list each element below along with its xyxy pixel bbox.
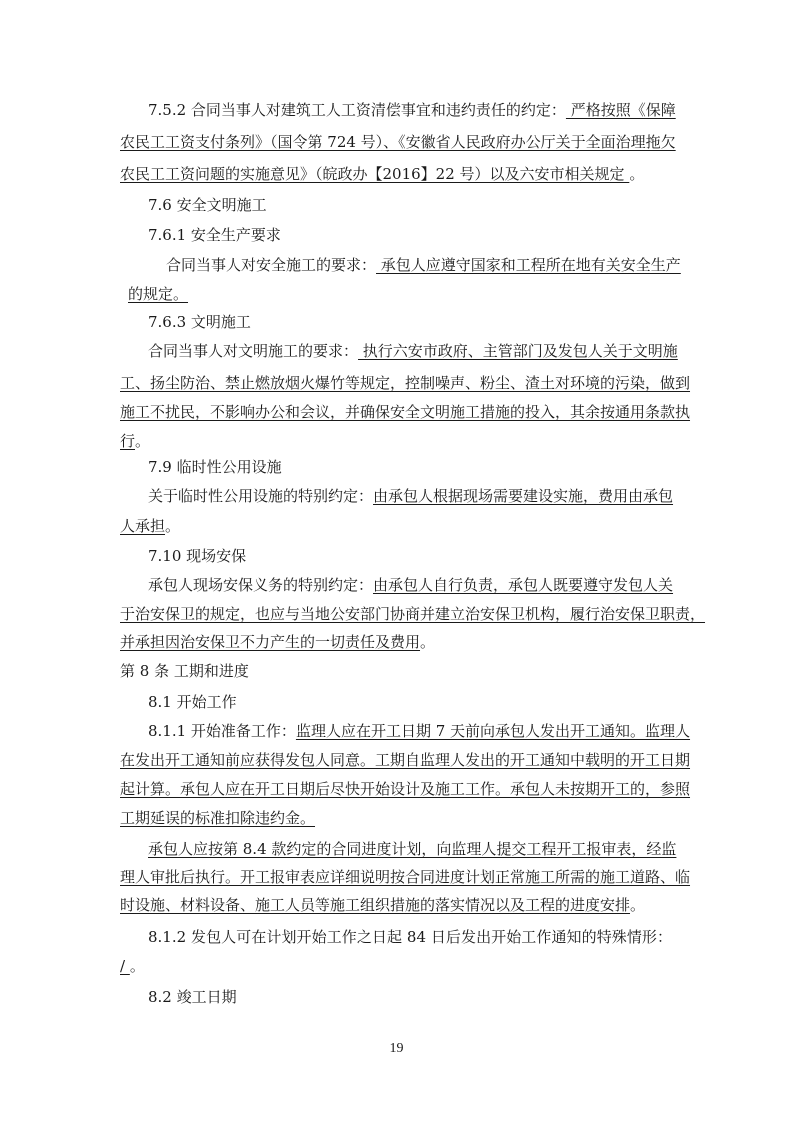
clause-7-5-2-line-1: 7.5.2 合同当事人对建筑工人工资清偿事宜和违约责任的约定： 严格按照《保障 <box>148 99 672 121</box>
clause-8-1-2-line-2: / 。 <box>120 955 672 977</box>
heading-8-2: 8.2 竣工日期 <box>148 986 672 1008</box>
filled-value: 由承包人自行负责，承包人既要遵守发包人关 <box>373 576 673 594</box>
clause-7-6-3-line-3: 施工不扰民，不影响办公和会议，并确保安全文明施工措施的投入，其余按通用条款执 <box>120 401 672 423</box>
article-8-heading: 第 8 条 工期和进度 <box>120 660 672 682</box>
clause-7-6-1-line-2: 的规定。 <box>128 283 680 305</box>
clause-7-6-1-line-1: 合同当事人对安全施工的要求： 承包人应遵守国家和工程所在地有关安全生产 <box>166 254 672 276</box>
heading-7-9: 7.9 临时性公用设施 <box>148 456 672 478</box>
clause-label: 关于临时性公用设施的特别约定： <box>148 487 373 505</box>
filled-value: 人承担 <box>120 517 165 535</box>
clause-7-10-line-2: 于治安保卫的规定，也应与当地公安部门协商并建立治安保卫机构，履行治安保卫职责， <box>120 603 672 625</box>
clause-7-6-3-line-2: 工、扬尘防治、禁止燃放烟火爆竹等规定，控制噪声、粉尘、渣土对环境的污染，做到 <box>120 372 672 394</box>
page-number: 19 <box>0 1041 793 1057</box>
filled-value: 由承包人根据现场需要建设实施，费用由承包 <box>373 487 673 505</box>
punctuation: 。 <box>629 165 644 183</box>
heading-8-1: 8.1 开始工作 <box>148 691 672 713</box>
filled-value: 于治安保卫的规定，也应与当地公安部门协商并建立治安保卫机构，履行治安保卫职责， <box>120 605 705 623</box>
article-heading: 第 8 条 工期和进度 <box>120 662 249 680</box>
section-heading: 8.1 开始工作 <box>148 693 237 711</box>
filled-value: 承包人应遵守国家和工程所在地有关安全生产 <box>376 256 681 274</box>
clause-7-6-3-line-4: 行。 <box>120 430 672 452</box>
punctuation: 。 <box>630 896 645 914</box>
clause-label: 8.1.2 发包人可在计划开始工作之日起 84 日后发出开始工作通知的特殊情形： <box>148 928 672 946</box>
filled-value: 执行六安市政府、主管部门及发包人关于文明施 <box>358 342 678 360</box>
clause-8-1-1-para2-line-3: 时设施、材料设备、施工人员等施工组织措施的落实情况以及工程的进度安排。 <box>120 894 672 916</box>
clause-7-9-line-1: 关于临时性公用设施的特别约定：由承包人根据现场需要建设实施，费用由承包 <box>148 485 672 507</box>
clause-8-1-1-line-2: 在发出开工通知前应获得发包人同意。工期自监理人发出的开工通知中载明的开工日期 <box>120 749 672 771</box>
filled-value: 农民工工资问题的实施意见》（皖政办【2016】22 号）以及六安市相关规定 <box>120 165 629 183</box>
section-heading: 8.2 竣工日期 <box>148 988 237 1006</box>
clause-7-5-2-line-3: 农民工工资问题的实施意见》（皖政办【2016】22 号）以及六安市相关规定 。 <box>120 163 672 185</box>
section-heading: 7.6.3 文明施工 <box>148 313 251 331</box>
filled-value: 行 <box>120 432 135 450</box>
clause-label: 合同当事人对安全施工的要求： <box>166 256 376 274</box>
punctuation: 。 <box>135 432 150 450</box>
punctuation: 。 <box>165 517 180 535</box>
clause-7-6-3-line-1: 合同当事人对文明施工的要求： 执行六安市政府、主管部门及发包人关于文明施 <box>148 340 672 362</box>
filled-value: 严格按照《保障 <box>566 101 676 119</box>
clause-7-10-line-3: 并承担因治安保卫不力产生的一切责任及费用。 <box>120 631 672 653</box>
blank-field: / <box>120 957 130 975</box>
filled-value: 监理人应在开工日期 7 天前向承包人发出开工通知。监理人 <box>296 722 690 740</box>
heading-7-10: 7.10 现场安保 <box>148 545 672 567</box>
filled-value: 的规定。 <box>128 285 188 303</box>
clause-label: 合同当事人对文明施工的要求： <box>148 342 358 360</box>
section-heading: 7.6 安全文明施工 <box>148 196 267 214</box>
clause-label: 8.1.1 开始准备工作： <box>148 722 296 740</box>
filled-value: 施工不扰民，不影响办公和会议，并确保安全文明施工措施的投入，其余按通用条款执 <box>120 403 690 421</box>
clause-8-1-1-para2-line-2: 理人审批后执行。开工报审表应详细说明按合同进度计划正常施工所需的施工道路、临 <box>120 866 672 888</box>
filled-value: 在发出开工通知前应获得发包人同意。工期自监理人发出的开工通知中载明的开工日期 <box>120 751 690 769</box>
clause-8-1-1-line-3: 起计算。承包人应在开工日期后尽快开始设计及施工工作。承包人未按期开工的，参照 <box>120 778 672 800</box>
filled-value: 起计算。承包人应在开工日期后尽快开始设计及施工工作。承包人未按期开工的，参照 <box>120 780 690 798</box>
filled-value: 并承担因治安保卫不力产生的一切责任及费用 <box>120 633 420 651</box>
filled-value: 农民工工资支付条列》（国令第 724 号）、《安徽省人民政府办公厅关于全面治理拖… <box>120 133 676 151</box>
clause-8-1-1-para2-line-1: 承包人应按第 8.4 款约定的合同进度计划，向监理人提交工程开工报审表，经监 <box>148 838 672 860</box>
section-heading: 7.6.1 安全生产要求 <box>148 226 281 244</box>
heading-7-6: 7.6 安全文明施工 <box>148 194 672 216</box>
punctuation: 。 <box>130 957 145 975</box>
clause-label: 承包人现场安保义务的特别约定： <box>148 576 373 594</box>
section-heading: 7.9 临时性公用设施 <box>148 458 282 476</box>
filled-value: 工、扬尘防治、禁止燃放烟火爆竹等规定，控制噪声、粉尘、渣土对环境的污染，做到 <box>120 374 690 392</box>
clause-7-9-line-2: 人承担。 <box>120 515 672 537</box>
heading-7-6-1: 7.6.1 安全生产要求 <box>148 224 672 246</box>
clause-7-5-2-line-2: 农民工工资支付条列》（国令第 724 号）、《安徽省人民政府办公厅关于全面治理拖… <box>120 131 672 153</box>
filled-value: 工期延误的标准扣除违约金。 <box>120 809 315 827</box>
filled-value: 时设施、材料设备、施工人员等施工组织措施的落实情况以及工程的进度安排 <box>120 896 630 914</box>
heading-7-6-3: 7.6.3 文明施工 <box>148 311 672 333</box>
section-heading: 7.10 现场安保 <box>148 547 246 565</box>
filled-value: 理人审批后执行。开工报审表应详细说明按合同进度计划正常施工所需的施工道路、临 <box>120 868 690 886</box>
document-page: 7.5.2 合同当事人对建筑工人工资清偿事宜和违约责任的约定： 严格按照《保障 … <box>0 0 793 1122</box>
clause-8-1-1-line-4: 工期延误的标准扣除违约金。 <box>120 807 672 829</box>
clause-label: 7.5.2 合同当事人对建筑工人工资清偿事宜和违约责任的约定： <box>148 101 566 119</box>
clause-7-10-line-1: 承包人现场安保义务的特别约定：由承包人自行负责，承包人既要遵守发包人关 <box>148 574 672 596</box>
clause-8-1-1-line-1: 8.1.1 开始准备工作：监理人应在开工日期 7 天前向承包人发出开工通知。监理… <box>148 720 672 742</box>
filled-value: 承包人应按第 8.4 款约定的合同进度计划，向监理人提交工程开工报审表，经监 <box>148 840 676 858</box>
clause-8-1-2-line-1: 8.1.2 发包人可在计划开始工作之日起 84 日后发出开始工作通知的特殊情形： <box>148 926 672 948</box>
punctuation: 。 <box>420 633 435 651</box>
